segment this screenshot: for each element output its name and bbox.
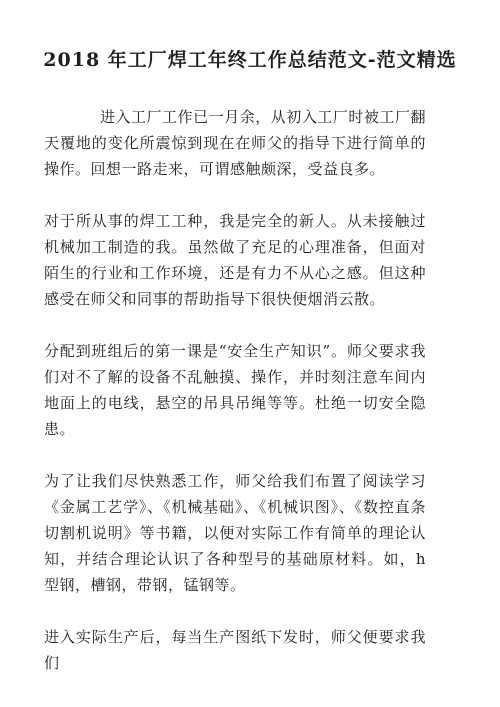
paragraph-newcomer: 对于所从事的焊工工种，我是完全的新人。从未接触过机械加工制造的我。虽然做了充足的… xyxy=(44,208,426,312)
document-title: 2018 年工厂焊工年终工作总结范文-范文精选 xyxy=(40,44,460,76)
paragraph-intro: 进入工厂工作已一月余，从初入工厂时被工厂翻天覆地的变化所震惊到现在在师父的指导下… xyxy=(44,104,426,182)
paragraph-study: 为了让我们尽快熟悉工作，师父给我们布置了阅读学习《金属工艺学》、《机械基础》、《… xyxy=(44,468,426,598)
paragraph-safety: 分配到班组后的第一课是“安全生产知识”。师父要求我们对不了解的设备不乱触摸、操作… xyxy=(44,338,426,442)
document-page: 2018 年工厂焊工年终工作总结范文-范文精选 进入工厂工作已一月余，从初入工厂… xyxy=(0,0,500,707)
paragraph-production: 进入实际生产后，每当生产图纸下发时，师父便要求我们 xyxy=(44,624,426,676)
document-body: 进入工厂工作已一月余，从初入工厂时被工厂翻天覆地的变化所震惊到现在在师父的指导下… xyxy=(44,104,426,676)
